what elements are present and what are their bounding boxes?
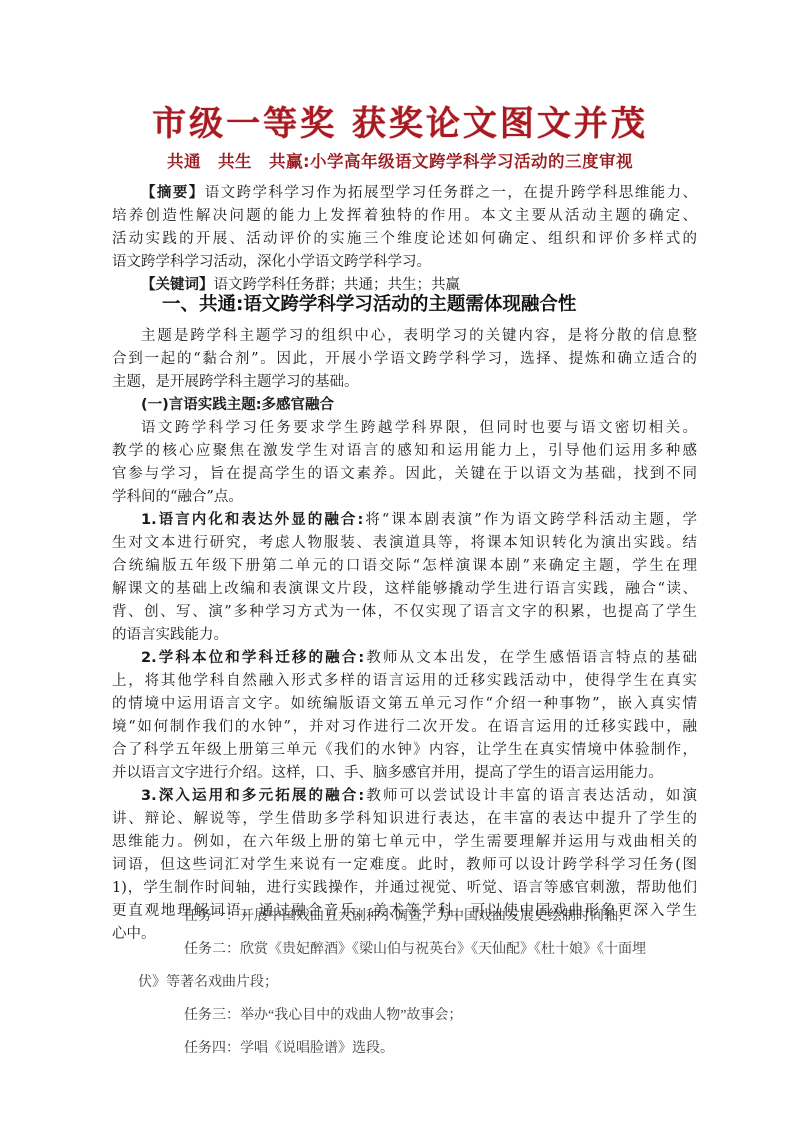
point-1: 1.语言内化和表达外显的融合:将“课本剧表演”作为语文跨学科活动主题，学 [112, 509, 697, 532]
point-3: 3.深入运用和多元拓展的融合:教师可以尝试设计丰富的语言表达活动，如演 [112, 785, 697, 808]
point-label: 2.学科本位和学科迁移的融合: [141, 650, 364, 666]
paragraph-line: 官参与学习，旨在提高学生的语文素养。因此，关键在于以语文为基础，找到不同 [112, 463, 697, 486]
paragraph-line: 语文跨学科学习任务要求学生跨越学科界限，但同时也要与语文密切相关。 [112, 417, 697, 440]
paragraph-line: 合了科学五年级上册第三单元《我们的水钟》内容，让学生在真实情境中体验制作， [112, 739, 697, 762]
abstract-line: 培养创造性解决问题的能力上发挥着独特的作用。本文主要从活动主题的确定、 [112, 205, 697, 228]
abstract-label: 【摘要】 [141, 185, 205, 201]
task-item: 任务三：举办“我心目中的戏曲人物”故事会； [138, 999, 698, 1032]
abstract: 【摘要】语文跨学科学习作为拓展型学习任务群之一，在提升跨学科思维能力、 培养创造… [112, 182, 697, 297]
paragraph-line: 思维能力。例如，在六年级上册的第七单元中，学生需要理解并运用与戏曲相关的 [112, 831, 697, 854]
task-item: 任务一：开展中国戏曲五大剧种小调查，为中国戏曲发展史绘制时间轴； [138, 900, 698, 933]
paragraph-line: 学科间的“融合”点。 [112, 486, 697, 509]
point-label: 3.深入运用和多元拓展的融合: [141, 788, 364, 804]
paragraph-line: 1)，学生制作时间轴，进行实践操作，并通过视觉、听觉、语言等感官刺激，帮助他们 [112, 877, 697, 900]
paragraph-line: 的语言实践能力。 [112, 624, 697, 647]
paragraph-line: 主题，是开展跨学科主题学习的基础。 [112, 371, 697, 394]
paragraph-line: 境“如何制作我们的水钟”，并对习作进行二次开发。在语言运用的迁移实践中，融 [112, 716, 697, 739]
paragraph-line: 教学的核心应聚焦在激发学生对语言的感知和运用能力上，引导他们运用多种感 [112, 440, 697, 463]
section-body: 主题是跨学科主题学习的组织中心，表明学习的关键内容，是将分散的信息整 合到一起的… [112, 325, 697, 946]
paragraph-line: 词语，但这些词汇对学生来说有一定难度。此时，教师可以设计跨学科学习任务(图 [112, 854, 697, 877]
paragraph-line: 解课文的基础上改编和表演课文片段，这样能够撬动学生进行语言实践，融合“读、 [112, 578, 697, 601]
section-heading: 一、共通:语文跨学科学习活动的主题需体现融合性 [162, 290, 576, 316]
point-2: 2.学科本位和学科迁移的融合:教师从文本出发，在学生感悟语言特点的基础 [112, 647, 697, 670]
abstract-line: 【摘要】语文跨学科学习作为拓展型学习任务群之一，在提升跨学科思维能力、 [112, 182, 697, 205]
paragraph-line: 并以语言文字进行介绍。这样，口、手、脑多感官并用，提高了学生的语言运用能力。 [112, 762, 697, 785]
page-title: 市级一等奖 获奖论文图文并茂 [0, 96, 800, 145]
paragraph-line: 上，将其他学科自然融入形式多样的语言运用的迁移实践活动中，使得学生在真实 [112, 670, 697, 693]
paragraph-line: 主题是跨学科主题学习的组织中心，表明学习的关键内容，是将分散的信息整 [112, 325, 697, 348]
abstract-line: 活动实践的开展、活动评价的实施三个维度论述如何确定、组织和评价多样式的 [112, 228, 697, 251]
paragraph-line: 讲、辩论、解说等，学生借助多学科知识进行表达，在丰富的表达中提升了学生的 [112, 808, 697, 831]
paragraph-line: 合到一起的“黏合剂”。因此，开展小学语文跨学科学习，选择、提炼和确立适合的 [112, 348, 697, 371]
abstract-line: 语文跨学科学习活动，深化小学语文跨学科学习。 [112, 251, 697, 274]
paragraph-line: 的情境中运用语言文字。如统编版语文第五单元习作“介绍一种事物”，嵌入真实情 [112, 693, 697, 716]
task-item: 任务四：学唱《说唱脸谱》选段。 [138, 1032, 698, 1065]
task-list: 任务一：开展中国戏曲五大剧种小调查，为中国戏曲发展史绘制时间轴； 任务二：欣赏《… [138, 900, 698, 1065]
subsection-heading: (一)言语实践主题:多感官融合 [112, 394, 697, 417]
paragraph-line: 合统编版五年级下册第二单元的口语交际“怎样演课本剧”来确定主题，学生在理 [112, 555, 697, 578]
paragraph-line: 背、创、写、演”多种学习方式为一体，不仅实现了语言文字的积累，也提高了学生 [112, 601, 697, 624]
document-page: 市级一等奖 获奖论文图文并茂 共通 共生 共赢:小学高年级语文跨学科学习活动的三… [0, 0, 800, 1132]
task-item-continued: 伏》等著名戏曲片段； [138, 966, 698, 999]
paper-subtitle: 共通 共生 共赢:小学高年级语文跨学科学习活动的三度审视 [0, 148, 800, 172]
paragraph-line: 生对文本进行研究，考虑人物服装、表演道具等，将课本知识转化为演出实践。结 [112, 532, 697, 555]
point-label: 1.语言内化和表达外显的融合: [141, 512, 363, 528]
task-item: 任务二：欣赏《贵妃醉酒》《梁山伯与祝英台》《天仙配》《杜十娘》《十面埋 [138, 933, 698, 966]
